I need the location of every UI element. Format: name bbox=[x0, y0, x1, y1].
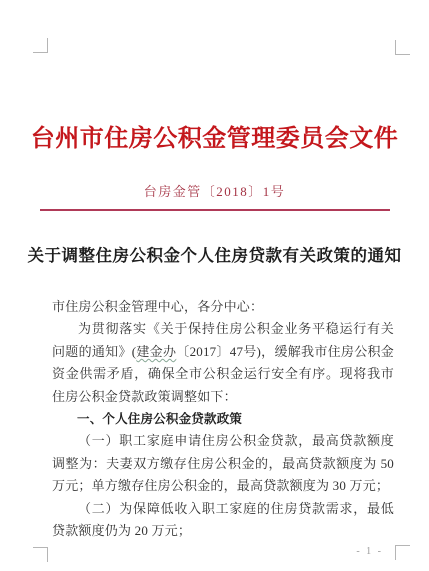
crop-mark-bottom-left bbox=[33, 547, 48, 562]
policy-item-1: （一）职工家庭申请住房公积金贷款，最高贷款额度调整为：夫妻双方缴存住房公积金的，… bbox=[52, 430, 394, 497]
intro-text-underlined: 建金办 bbox=[136, 344, 176, 359]
document-number: 台房金管〔2018〕1号 bbox=[0, 183, 429, 201]
organization-title: 台州市住房公积金管理委员会文件 bbox=[0, 0, 429, 160]
section-1-heading: 一、个人住房公积金贷款政策 bbox=[52, 408, 394, 430]
crop-mark-bottom-right bbox=[395, 545, 410, 560]
document-body: 市住房公积金管理中心，各分中心： 为贯彻落实《关于保持住房公积金业务平稳运行有关… bbox=[52, 296, 394, 542]
crop-mark-top-right bbox=[395, 40, 410, 55]
red-divider-line bbox=[40, 209, 390, 211]
salutation-line: 市住房公积金管理中心，各分中心： bbox=[52, 296, 394, 318]
policy-item-2: （二）为保障低收入职工家庭的住房贷款需求，最低贷款额度仍为 20 万元； bbox=[52, 498, 394, 543]
document-page: 台州市住房公积金管理委员会文件 台房金管〔2018〕1号 关于调整住房公积金个人… bbox=[0, 0, 429, 571]
page-number: - 1 - bbox=[356, 546, 383, 557]
crop-mark-top-left bbox=[33, 38, 48, 53]
notice-title: 关于调整住房公积金个人住房贷款有关政策的通知 bbox=[0, 243, 429, 269]
intro-paragraph: 为贯彻落实《关于保持住房公积金业务平稳运行有关问题的通知》(建金办〔2017〕4… bbox=[52, 318, 394, 408]
